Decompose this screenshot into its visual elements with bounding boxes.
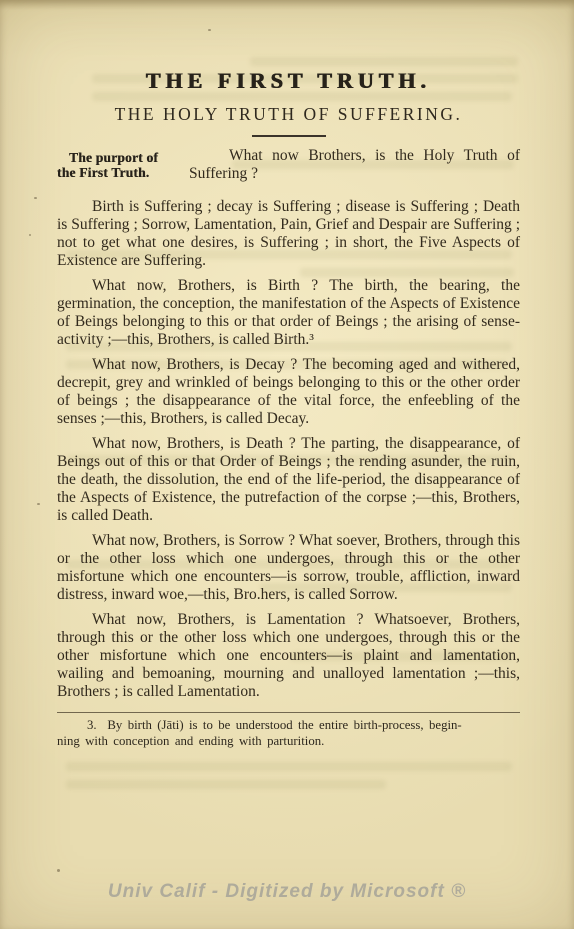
- body-paragraph-decay: What now, Brothers, is Decay ? The becom…: [57, 356, 520, 428]
- ink-speck: [37, 503, 40, 505]
- margin-note-line: The purport of: [57, 150, 189, 165]
- ink-speck: [34, 197, 37, 199]
- body-paragraph-lamentation: What now, Brothers, is Lamentation ? Wha…: [57, 611, 520, 701]
- body-paragraph-sorrow: What now, Brothers, is Sorrow ? What soe…: [57, 532, 520, 604]
- page-subtitle: THE HOLY TRUTH OF SUFFERING.: [57, 103, 520, 125]
- scanned-book-page-screenshot: { "page": { "title": "THE FIRST TRUTH.",…: [0, 0, 574, 929]
- digitization-watermark: Univ Calif - Digitized by Microsoft ®: [0, 881, 574, 903]
- body-paragraph-suffering: Birth is Suffering ; decay is Suffering …: [57, 198, 520, 270]
- margin-note: The purport of the First Truth.: [57, 147, 189, 183]
- opening-section: The purport of the First Truth. What now…: [57, 147, 520, 183]
- margin-note-line: the First Truth.: [57, 165, 189, 180]
- footnote-line: 3. By birth (Jāti) is to be understood t…: [57, 717, 520, 733]
- footnote: 3. By birth (Jāti) is to be understood t…: [57, 717, 520, 749]
- page: THE FIRST TRUTH. THE HOLY TRUTH OF SUFFE…: [0, 0, 574, 929]
- body-paragraph-death: What now, Brothers, is Death ? The parti…: [57, 435, 520, 525]
- ink-speck: [29, 234, 31, 236]
- footnote-line: ning with conception and ending with par…: [57, 733, 520, 749]
- bleed-through-text: [66, 780, 386, 789]
- bleed-through-text: [66, 762, 512, 771]
- page-title: THE FIRST TRUTH.: [57, 68, 520, 94]
- body-paragraphs: Birth is Suffering ; decay is Suffering …: [57, 198, 520, 701]
- page-content: THE FIRST TRUTH. THE HOLY TRUTH OF SUFFE…: [57, 0, 520, 749]
- ink-speck: [57, 869, 60, 872]
- title-divider-rule: [252, 135, 326, 137]
- footnote-divider-rule: [57, 712, 520, 713]
- opening-paragraph: What now Brothers, is the Holy Truth of …: [189, 147, 520, 183]
- body-paragraph-birth: What now, Brothers, is Birth ? The birth…: [57, 277, 520, 349]
